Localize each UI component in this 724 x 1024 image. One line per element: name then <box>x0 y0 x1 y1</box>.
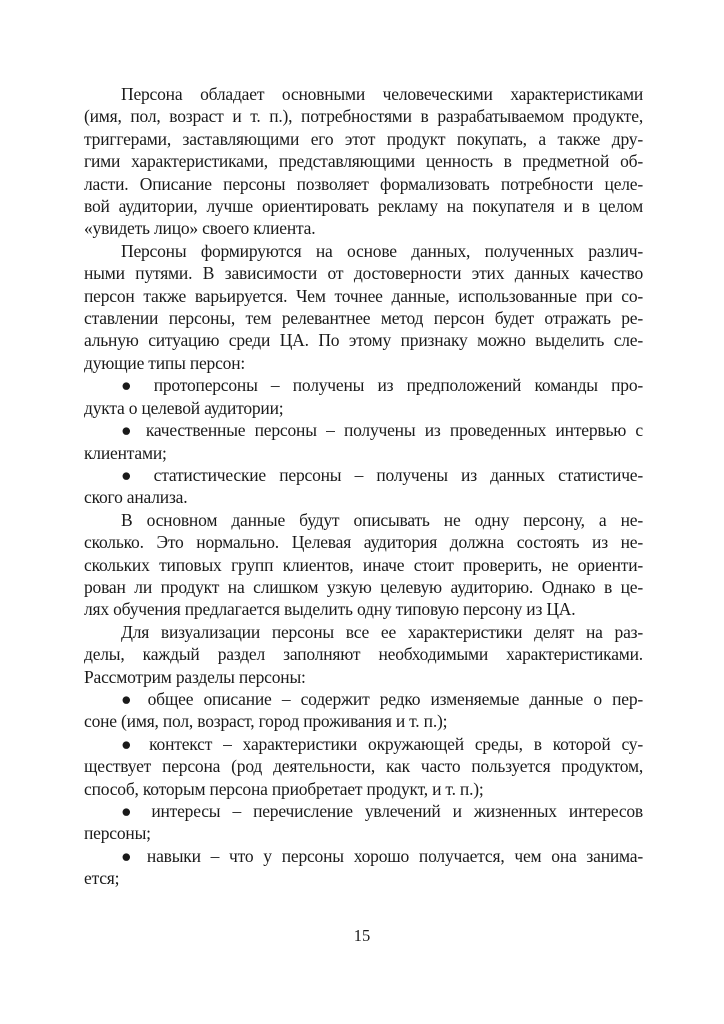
text-line: ными путями. В зависимости от достоверно… <box>84 262 643 284</box>
text-line: способ, которым персона приобретает прод… <box>84 778 643 800</box>
bullet-paragraph: ● навыки – что у персоны хорошо получает… <box>84 845 643 890</box>
text-line: сколько. Это нормально. Целевая аудитори… <box>84 531 643 553</box>
text-line: ● качественные персоны – получены из про… <box>84 419 643 441</box>
paragraph: Для визуализации персоны все ее характер… <box>84 621 643 688</box>
text-line: ется; <box>84 867 643 889</box>
text-line: персоны; <box>84 822 643 844</box>
text-line: вой аудитории, лучше ориентировать рекла… <box>84 195 643 217</box>
text-line: Персона обладает основными человеческими… <box>84 83 643 105</box>
text-line: ● навыки – что у персоны хорошо получает… <box>84 845 643 867</box>
text-line: рован ли продукт на слишком узкую целеву… <box>84 576 643 598</box>
text-line: альную ситуацию среди ЦА. По этому призн… <box>84 329 643 351</box>
bullet-paragraph: ● статистические персоны – получены из д… <box>84 464 643 509</box>
text-line: ● контекст – характеристики окружающей с… <box>84 733 643 755</box>
text-line: клиентами; <box>84 442 643 464</box>
body-text: Персона обладает основными человеческими… <box>84 83 643 890</box>
paragraph: Персоны формируются на основе данных, по… <box>84 240 643 374</box>
text-line: Для визуализации персоны все ее характер… <box>84 621 643 643</box>
bullet-paragraph: ● общее описание – содержит редко изменя… <box>84 688 643 733</box>
text-line: лях обучения предлагается выделить одну … <box>84 598 643 620</box>
bullet-paragraph: ● протоперсоны – получены из предположен… <box>84 374 643 419</box>
text-line: ласти. Описание персоны позволяет формал… <box>84 173 643 195</box>
document-page: Персона обладает основными человеческими… <box>0 0 724 1024</box>
text-line: ● общее описание – содержит редко изменя… <box>84 688 643 710</box>
text-line: ществует персона (род деятельности, как … <box>84 755 643 777</box>
text-line: ● интересы – перечисление увлечений и жи… <box>84 800 643 822</box>
text-line: гими характеристиками, представляющими ц… <box>84 150 643 172</box>
text-line: делы, каждый раздел заполняют необходимы… <box>84 643 643 665</box>
bullet-paragraph: ● качественные персоны – получены из про… <box>84 419 643 464</box>
text-line: ставлении персоны, тем релевантнее метод… <box>84 307 643 329</box>
text-line: Рассмотрим разделы персоны: <box>84 666 643 688</box>
text-line: дующие типы персон: <box>84 352 643 374</box>
text-line: ского анализа. <box>84 486 643 508</box>
page-number: 15 <box>0 926 724 946</box>
paragraph: В основном данные будут описывать не одн… <box>84 509 643 621</box>
paragraph: Персона обладает основными человеческими… <box>84 83 643 240</box>
bullet-paragraph: ● интересы – перечисление увлечений и жи… <box>84 800 643 845</box>
bullet-paragraph: ● контекст – характеристики окружающей с… <box>84 733 643 800</box>
text-line: «увидеть лицо» своего клиента. <box>84 217 643 239</box>
text-line: В основном данные будут описывать не одн… <box>84 509 643 531</box>
text-line: ● статистические персоны – получены из д… <box>84 464 643 486</box>
text-line: Персоны формируются на основе данных, по… <box>84 240 643 262</box>
text-line: соне (имя, пол, возраст, город проживани… <box>84 710 643 732</box>
text-line: (имя, пол, возраст и т. п.), потребностя… <box>84 105 643 127</box>
text-line: дукта о целевой аудитории; <box>84 397 643 419</box>
text-line: скольких типовых групп клиентов, иначе с… <box>84 554 643 576</box>
text-line: ● протоперсоны – получены из предположен… <box>84 374 643 396</box>
text-line: персон также варьируется. Чем точнее дан… <box>84 285 643 307</box>
text-line: триггерами, заставляющими его этот проду… <box>84 128 643 150</box>
